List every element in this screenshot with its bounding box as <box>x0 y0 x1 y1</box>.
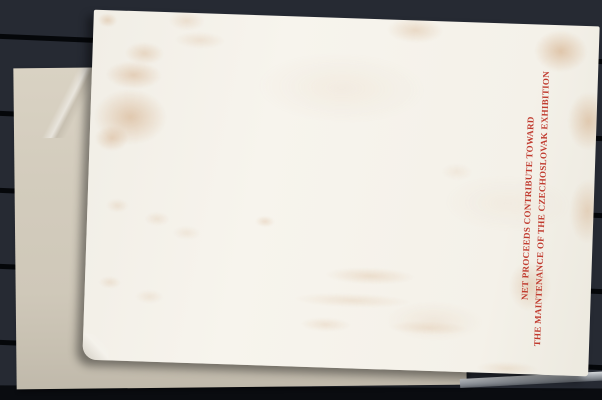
photo-scene: NET PROCEEDS CONTRIBUTE TOWARD THE MAINT… <box>0 0 602 400</box>
postcard-back: NET PROCEEDS CONTRIBUTE TOWARD THE MAINT… <box>82 10 599 377</box>
bent-corner <box>82 334 109 361</box>
